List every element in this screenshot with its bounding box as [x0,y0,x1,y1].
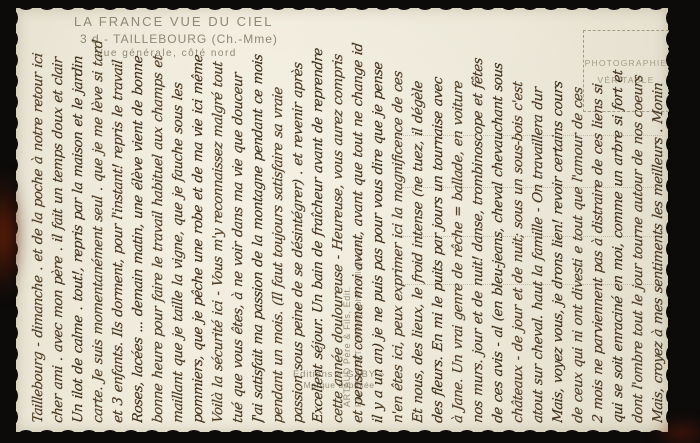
handwriting-line: tué que vous êtes, à ne voir dans ma vie… [229,18,249,423]
handwriting-line: Excellent séjour. Un bain de fraîcheur a… [309,18,329,423]
handwriting-line: de ces avis - al (en bleu-jeans, cheval … [489,18,509,423]
handwriting-line: 2 mois ne parviennent pas à distraire de… [589,18,609,423]
handwriting-line: Roses, lacées ... demain matin, une élèv… [129,18,149,423]
handwriting-line: qui se soit enraciné en moi, comme un ar… [609,18,629,423]
handwriting-line: passion sous peine de se désintégrer) . … [289,18,309,423]
handwriting-line: pommiers, que je pêche une robe et de ma… [189,18,209,423]
handwriting-line: J'ai satisfait ma passion de la montagne… [249,18,269,423]
postcard-back: LA FRANCE VUE DU CIEL 3 d - TAILLEBOURG … [16,8,668,432]
handwriting-line: Voilà la sécurité ici - Vous m'y reconna… [209,18,229,423]
handwriting-line: de ceux qui ni ont divesti e tout que l'… [569,18,589,423]
deckled-edge-bottom [16,426,668,433]
handwriting-line: carte. Je suis momentanément seul . que … [89,18,109,423]
handwriting-line: Taillebourg - dimanche . et de la poche … [29,18,49,423]
handwriting-line: des fleurs. En mi le puits par jours un … [429,18,449,423]
handwriting-line: et 3 enfants. Ils dorment, pour l'instan… [109,18,129,423]
handwriting-line: cette année douloureuse - Heureuse, vous… [329,18,349,423]
handwriting-line: pendant un mois. (Il faut toujours satis… [269,18,289,423]
handwriting-line: Mais, croyez à mes sentiments les meille… [649,18,669,423]
handwriting-line: Un ilot de calme . tout!, repris par la … [69,18,89,423]
handwriting-lines: Taillebourg - dimanche . et de la poche … [29,18,669,423]
handwriting-line: nos murs. jour et de nuit! danse, trombi… [469,18,489,423]
handwriting-line: atout sur cheval. haut la famille - On t… [529,18,549,423]
postcard-scan: LA FRANCE VUE DU CIEL 3 d - TAILLEBOURG … [0,0,700,443]
handwriting-line: n'en êtes ici, peux exprimer ici la magn… [389,18,409,423]
handwriting-line: il y a un an) je ne puis pas pour vous d… [369,18,389,423]
handwriting-line: bonne heure pour faire le travail habitu… [149,18,169,423]
handwriting-line: Mais, voyez vous, je drons lien! revoir … [549,18,569,423]
deckled-edge-left [15,8,22,432]
handwriting-line: dont l'ombre tout le jour tourne autour … [629,18,649,423]
handwritten-message: Taillebourg - dimanche . et de la poche … [29,18,669,423]
handwriting-line: Et nous, des lieux, le froid intense (ne… [409,18,429,423]
handwriting-line: à Jane. Un vrai genre de rêche = ballade… [449,18,469,423]
handwriting-line: et pensant comme moi avant, avant que to… [349,18,369,423]
handwriting-line: cher ami . avec mon père . il fait un te… [49,18,69,423]
handwriting-line: châteaux - de jour et de nuit; sous un s… [509,18,529,423]
handwriting-line: maillant que je taille la vigne, que je … [169,18,189,423]
